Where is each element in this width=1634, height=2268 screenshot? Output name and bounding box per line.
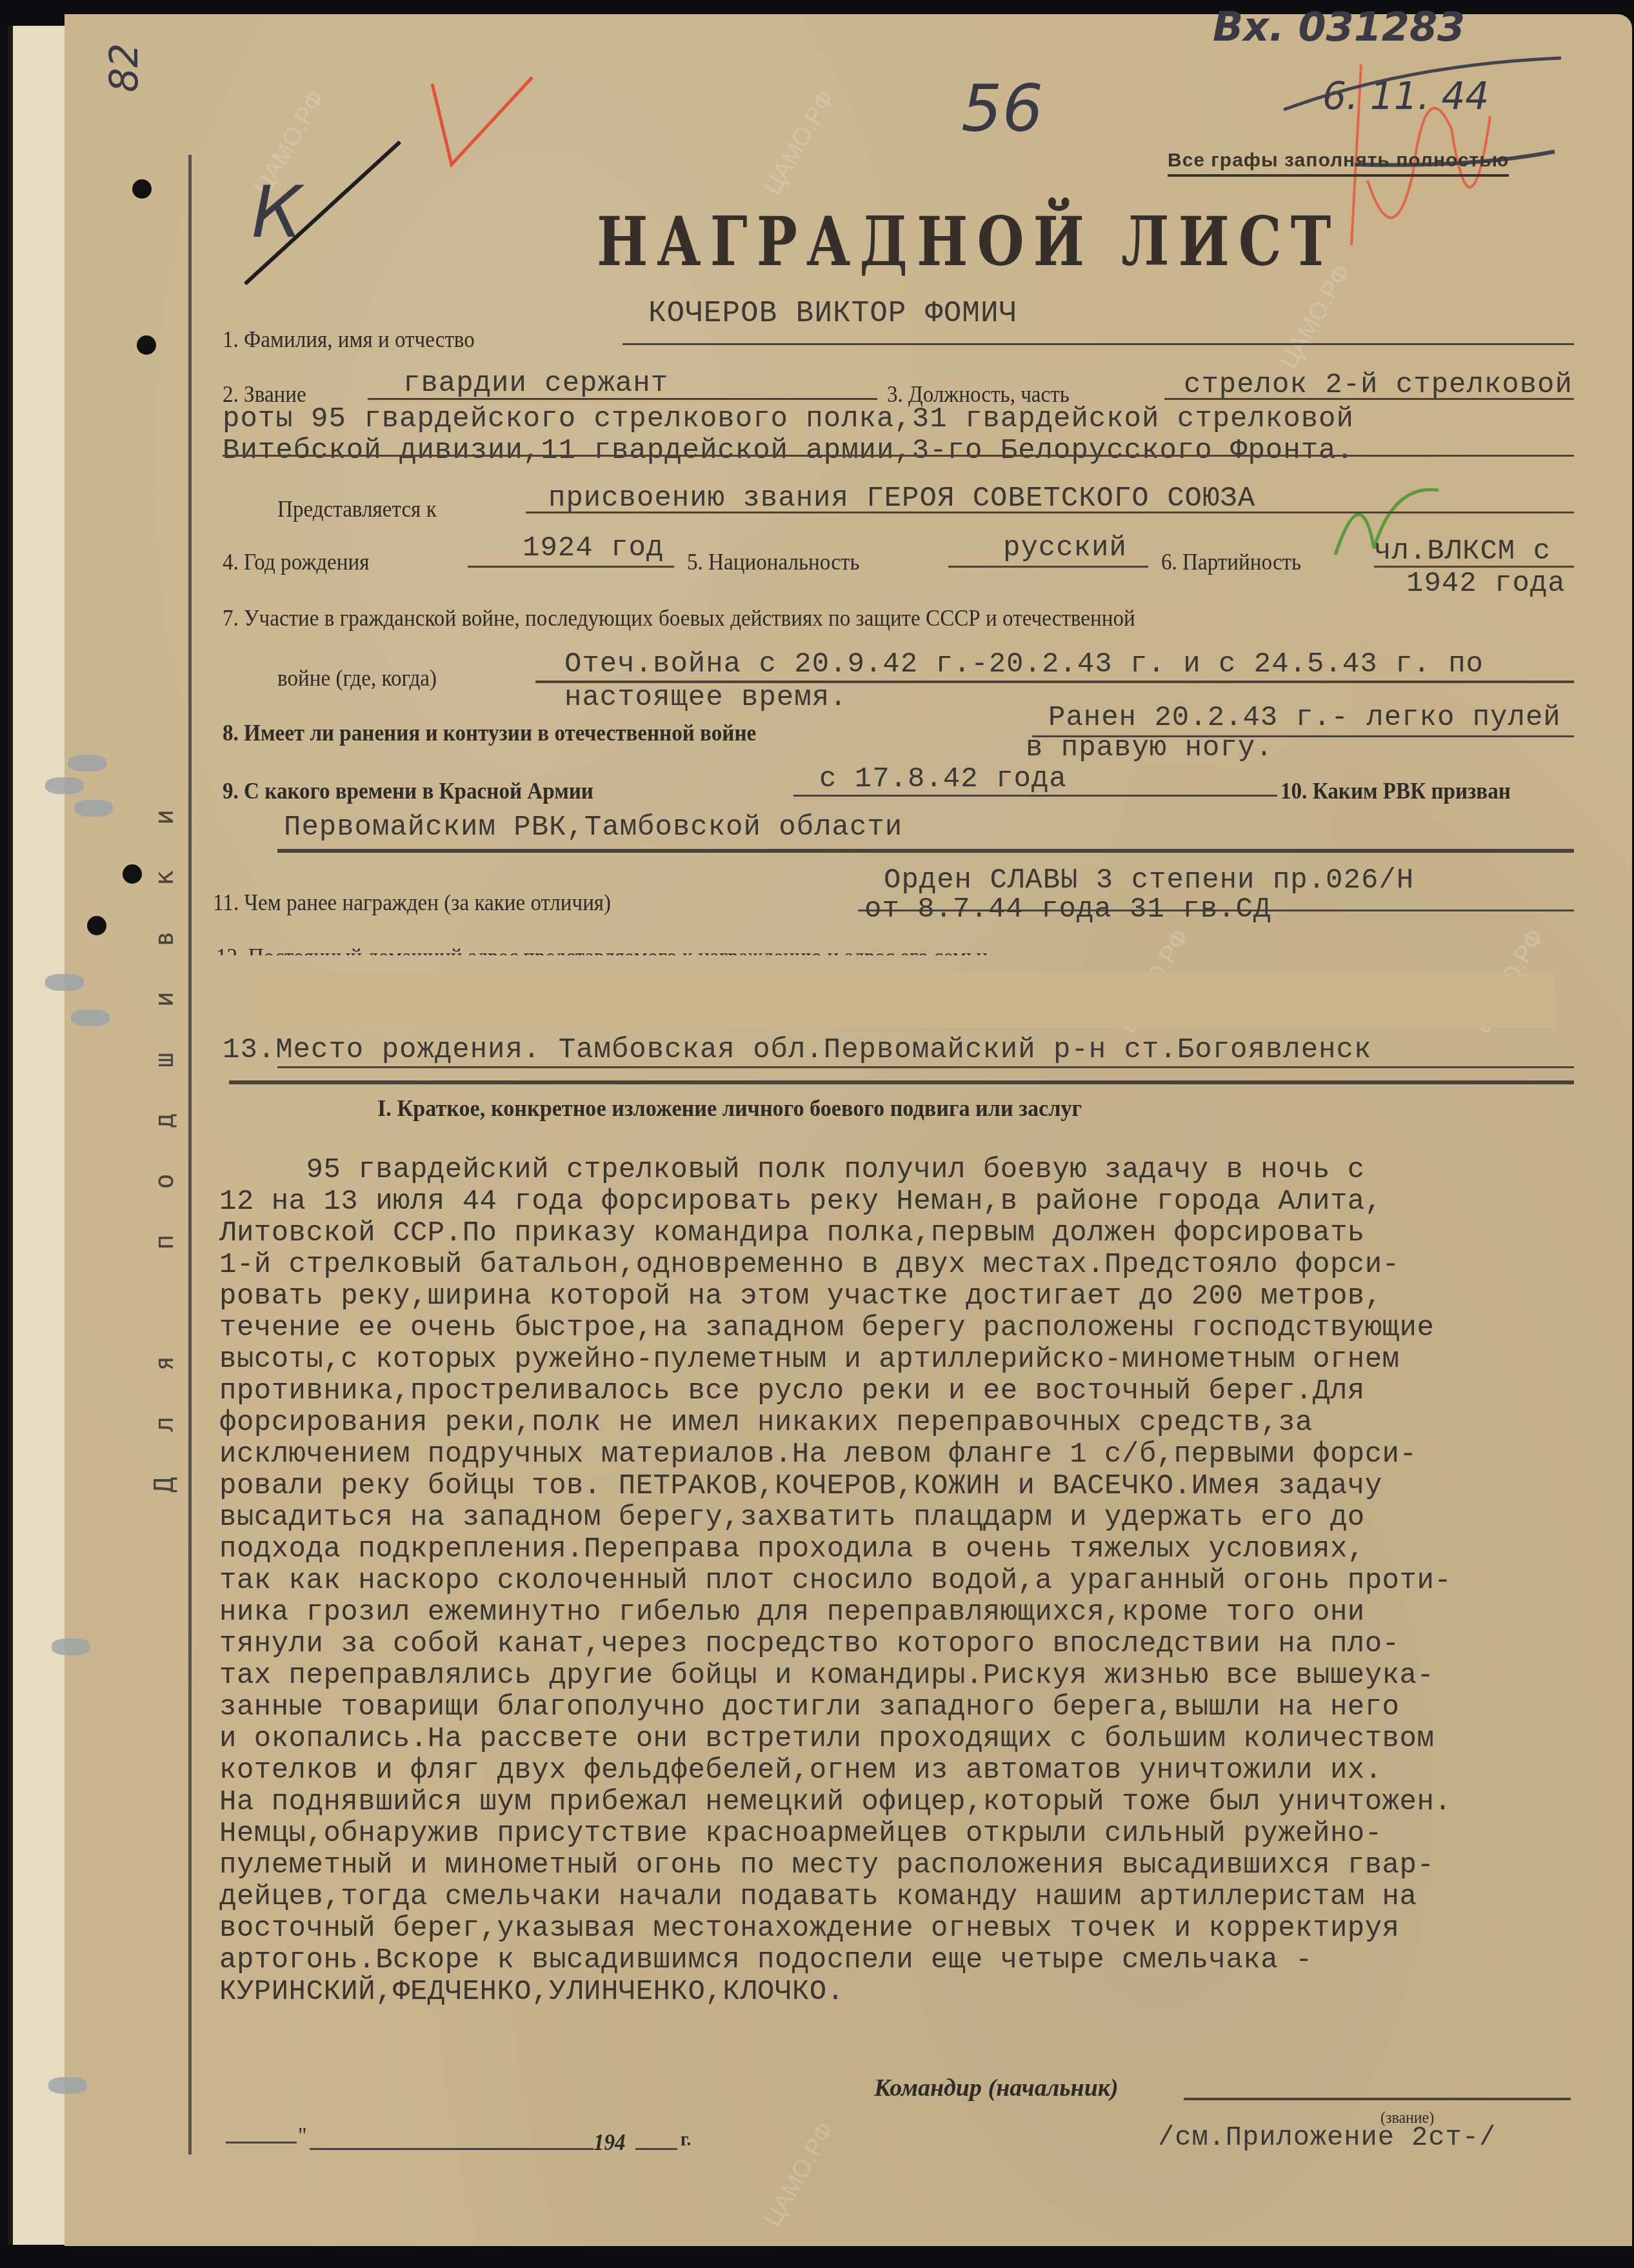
- narrative-line: противника,простреливалось все русло рек…: [219, 1376, 1606, 1408]
- field-8-wounds-line-2: в правую ногу.: [1026, 732, 1273, 764]
- narrative-line: На поднявшийся шум прибежал немецкий офи…: [219, 1787, 1606, 1818]
- narrative-line: 95 гвардейский стрелковый полк получил б…: [219, 1155, 1606, 1186]
- field-10-rule: [277, 849, 1574, 853]
- narrative-line: высоты,с которых ружейно-пулеметным и ар…: [219, 1344, 1606, 1376]
- binding-hole: [87, 916, 106, 935]
- commander-signature-rule: [1184, 2098, 1571, 2100]
- tape-fragment: [45, 777, 84, 794]
- field-3-position-line-3: Витебской дивизии,11 гвардейской армии,3…: [223, 435, 1354, 467]
- tape-fragment: [68, 755, 106, 771]
- field-3-rule-2: [223, 455, 1574, 457]
- narrative-line: восточный берег,указывая местонахождение…: [219, 1913, 1606, 1945]
- field-3-position-line-1: стрелок 2-й стрелковой: [1184, 369, 1573, 401]
- margin-rule: [188, 155, 192, 2154]
- field-6-party-line-2: 1942 года: [1406, 568, 1566, 600]
- commander-label: Командир (начальник): [874, 2074, 1119, 2102]
- field-4-label: 4. Год рождения: [223, 548, 370, 575]
- tape-fragment: [71, 1010, 110, 1026]
- binding-hole: [123, 864, 142, 884]
- date-quote: ": [298, 2122, 307, 2149]
- narrative-line: Немцы,обнаружив присутствие красноармейц…: [219, 1818, 1606, 1850]
- narrative-line: ника грозил ежеминутно гибелью для переп…: [219, 1597, 1606, 1629]
- field-7-label-line-2: войне (где, когда): [277, 664, 437, 691]
- date-month-rule: [310, 2148, 593, 2150]
- presented-label: Представляется к: [277, 495, 437, 522]
- field-4-rule: [468, 566, 674, 568]
- narrative-line: КУРИНСКИЙ,ФЕДЧЕНКО,УЛИНЧЕНКО,КЛОЧКО.: [219, 1976, 1606, 2008]
- narrative-line: тянули за собой канат,через посредство к…: [219, 1629, 1606, 1660]
- field-5-rule: [948, 566, 1148, 568]
- narrative-line: течение ее очень быстрое,на западном бер…: [219, 1313, 1606, 1344]
- narrative-line: Литовской ССР.По приказу командира полка…: [219, 1218, 1606, 1249]
- field-5-label: 5. Национальность: [687, 548, 859, 575]
- field-9-service-since: с 17.8.42 года: [819, 763, 1067, 795]
- tape-fragment: [48, 2077, 87, 2094]
- narrative-line: форсирования реки,полк не имел никаких п…: [219, 1408, 1606, 1439]
- narrative-line: котелков и фляг двух фельдфебелей,огнем …: [219, 1755, 1606, 1787]
- pencil-underline-icon: [1277, 26, 1561, 168]
- document-title: НАГРАДНОЙ ЛИСТ: [597, 202, 1340, 282]
- narrative-line: пулеметный и минометный огонь по месту р…: [219, 1850, 1606, 1882]
- handwritten-page-number: 82: [102, 43, 147, 92]
- field-2-rank: гвардии сержант: [403, 368, 668, 400]
- field-1-label: 1. Фамилия, имя и отчество: [223, 326, 475, 353]
- field-6-label: 6. Партийность: [1161, 548, 1301, 575]
- narrative-line: высадиться на западном берегу,захватить …: [219, 1502, 1606, 1534]
- field-4-birth-year: 1924 год: [523, 532, 664, 564]
- see-attachment-note: /см.Приложение 2ст-/: [1158, 2122, 1496, 2153]
- narrative-line: дейцев,тогда смельчаки начали подавать к…: [219, 1882, 1606, 1913]
- narrative-line: 1-й стрелковый батальон,одновременно в д…: [219, 1249, 1606, 1281]
- narrative-line: занные товарищи благополучно достигли за…: [219, 1692, 1606, 1724]
- field-1-full-name: КОЧЕРОВ ВИКТОР ФОМИЧ: [648, 297, 1017, 330]
- date-year-prefix: 194: [593, 2129, 626, 2156]
- field-7-participation-line-1: Отеч.война с 20.9.42 г.-20.2.43 г. и с 2…: [564, 648, 1484, 681]
- narrative-line: ровали реку бойцы тов. ПЕТРАКОВ,КОЧЕРОВ,…: [219, 1471, 1606, 1502]
- field-13-birthplace: 13.Место рождения. Тамбовская обл.Первом…: [223, 1034, 1371, 1066]
- narrative-line: 12 на 13 июля 44 года форсировать реку Н…: [219, 1186, 1606, 1218]
- field-8-label: 8. Имеет ли ранения и контузии в отечест…: [223, 719, 756, 746]
- field-7-label-line-1: 7. Участие в гражданской войне, последую…: [223, 604, 1135, 632]
- handwritten-sheet-number: 56: [961, 71, 1043, 146]
- narrative-line: так как наскоро сколоченный плот сносило…: [219, 1566, 1606, 1597]
- tape-fragment: [52, 1638, 90, 1655]
- section-divider: [229, 1080, 1574, 1084]
- field-5-nationality: русский: [1003, 532, 1127, 564]
- slash-mark-icon: [239, 135, 406, 290]
- narrative-heading: I. Краткое, конкретное изложение личного…: [377, 1095, 1082, 1122]
- red-checkmark-icon: [426, 71, 542, 174]
- field-11-previous-award-line-1: Орден СЛАВЫ 3 степени пр.026/Н: [884, 864, 1414, 897]
- narrative-line: подхода подкрепления.Переправа проходила…: [219, 1534, 1606, 1566]
- field-10-label: 10. Каким РВК призван: [1280, 777, 1511, 804]
- field-6-party-line-1: чл.ВЛКСМ с: [1374, 535, 1551, 568]
- field-8-wounds-line-1: Ранен 20.2.43 г.- легко пулей: [1048, 702, 1561, 734]
- field-7-participation-line-2: настоящее время.: [564, 682, 847, 714]
- date-year-rule: [635, 2148, 677, 2150]
- binding-hole: [132, 179, 152, 199]
- field-13-rule: [277, 1066, 1574, 1068]
- redaction-block: [258, 973, 1555, 1028]
- narrative-line: ровать реку,ширина которой на этом участ…: [219, 1281, 1606, 1313]
- narrative-line: артогонь.Вскоре к высадившимся подоспели…: [219, 1945, 1606, 1976]
- fill-instruction: Все графы заполнять полностью: [1168, 150, 1509, 177]
- field-3-position-line-2: роты 95 гвардейского стрелкового полка,3…: [223, 403, 1354, 435]
- tape-fragment: [74, 800, 113, 817]
- narrative-line: и окопались.На рассвете они встретили пр…: [219, 1724, 1606, 1755]
- narrative-line: исключением подручных материалов.На лево…: [219, 1439, 1606, 1471]
- presented-award: присвоению звания ГЕРОЯ СОВЕТСКОГО СОЮЗА: [548, 482, 1255, 515]
- tape-fragment: [45, 974, 84, 991]
- narrative-line: тах переправлялись другие бойцы и команд…: [219, 1660, 1606, 1692]
- field-9-label: 9. С какого времени в Красной Армии: [223, 777, 593, 804]
- field-10-conscription-office: Первомайским РВК,Тамбовской области: [284, 811, 902, 844]
- margin-binding-text: Для подшивки: [150, 726, 169, 1532]
- field-1-rule: [623, 343, 1574, 345]
- narrative-body: 95 гвардейский стрелковый полк получил б…: [219, 1155, 1606, 2008]
- binding-hole: [137, 335, 156, 355]
- date-year-suffix: г.: [681, 2129, 691, 2151]
- field-11-previous-award-line-2: от 8.7.44 года 31 гв.СД: [864, 893, 1271, 926]
- field-11-label: 11. Чем ранее награжден (за какие отличи…: [213, 889, 611, 916]
- date-day-rule: [226, 2142, 297, 2144]
